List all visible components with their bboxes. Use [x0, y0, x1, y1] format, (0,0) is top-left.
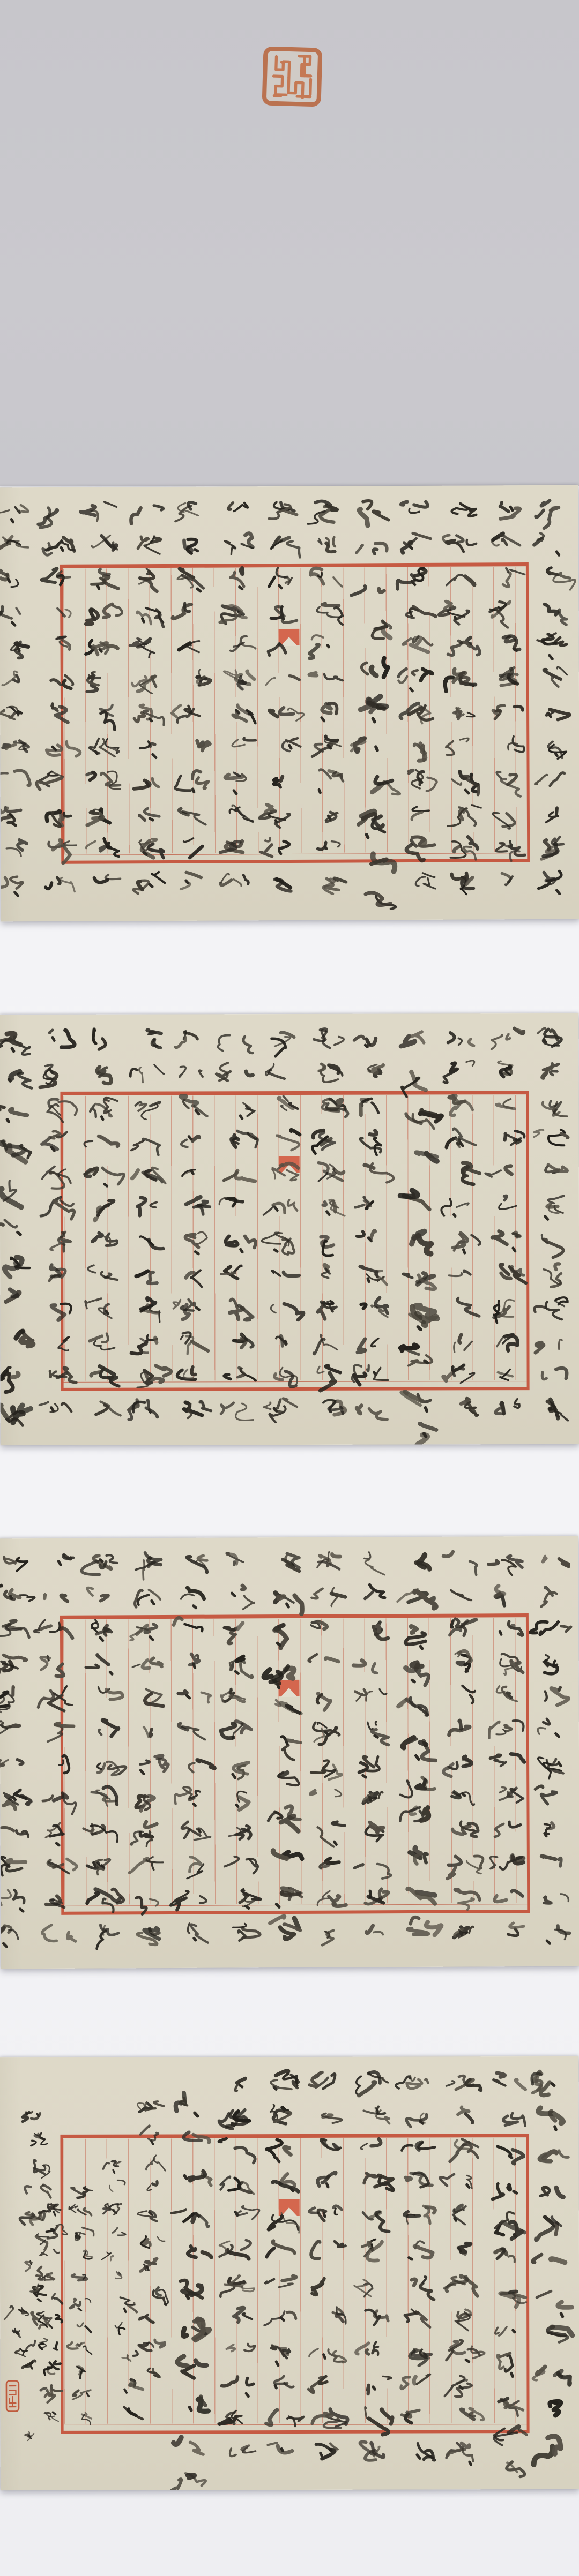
- calligraphy-sheet-3: [0, 1536, 579, 1969]
- photographed-calligraphy-scroll: [0, 0, 579, 2576]
- brush-calligraphy-layer: [0, 485, 579, 922]
- brush-calligraphy-layer: [0, 1013, 579, 1445]
- brush-calligraphy-layer: [0, 2056, 579, 2490]
- calligraphy-sheet-1: [0, 485, 579, 922]
- carved-seal-stamp: [261, 45, 323, 108]
- brush-calligraphy-layer: [0, 1536, 579, 1969]
- calligraphy-sheet-2: [0, 1013, 579, 1445]
- calligraphy-sheet-4: [0, 2056, 579, 2490]
- signature-name-seal: [5, 2380, 19, 2412]
